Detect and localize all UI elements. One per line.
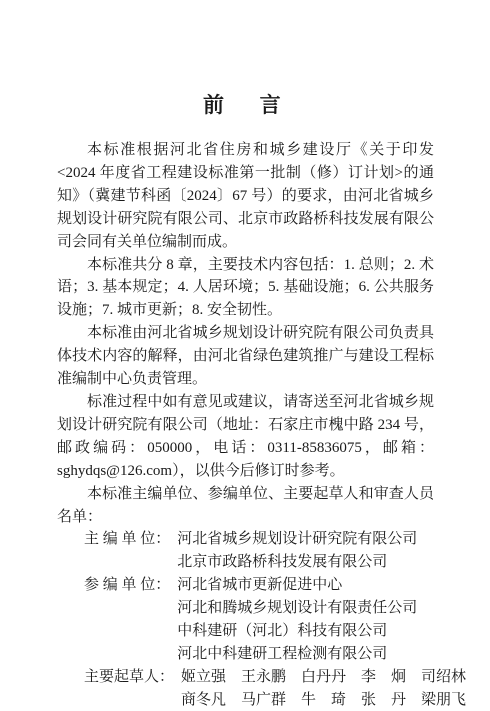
page-content: 前 言 本标准根据河北省住房和城乡建设厅《关于印发<2024 年度省工程建设标准…	[0, 0, 490, 711]
unit-name: 河北和腾城乡规划设计有限责任公司	[177, 597, 434, 620]
unit-name: 河北省城市更新促进中心	[177, 574, 434, 597]
paragraph-chapters: 本标准共分 8 章，主要技术内容包括：1. 总则；2. 术语；3. 基本规定；4…	[57, 254, 434, 323]
page-title: 前 言	[57, 92, 434, 118]
paragraph-feedback-address: 标准过程中如有意见或建议，请寄送至河北省城乡规划设计研究院有限公司（地址：石家庄…	[57, 391, 434, 483]
paragraph-credits-intro: 本标准主编单位、参编单位、主要起草人和审查人员名单：	[57, 483, 434, 529]
participating-units-list: 河北省城市更新促进中心 河北和腾城乡规划设计有限责任公司 中科建研（河北）科技有…	[170, 574, 434, 666]
credits-section: 主 编 单 位： 河北省城乡规划设计研究院有限公司 北京市政路桥科技发展有限公司…	[57, 528, 434, 711]
participating-units-row: 参 编 单 位： 河北省城市更新促进中心 河北和腾城乡规划设计有限责任公司 中科…	[84, 574, 434, 666]
document-page: 前 言 本标准根据河北省住房和城乡建设厅《关于印发<2024 年度省工程建设标准…	[0, 0, 490, 711]
chief-editing-units-label: 主 编 单 位：	[84, 528, 170, 551]
paragraph-basis: 本标准根据河北省住房和城乡建设厅《关于印发<2024 年度省工程建设标准第一批制…	[57, 139, 434, 254]
participating-units-label: 参 编 单 位：	[84, 574, 170, 597]
chief-drafters-list: 姬立强 王永鹏 白丹丹 李 炯 司绍林 商冬凡 马广群 牛 琦 张 丹 梁朋飞	[174, 666, 466, 711]
drafter-names: 商冬凡 马广群 牛 琦 张 丹 梁朋飞	[181, 689, 466, 711]
unit-name: 中科建研（河北）科技有限公司	[177, 620, 434, 643]
unit-name: 河北省城乡规划设计研究院有限公司	[177, 528, 434, 551]
paragraph-interpretation: 本标准由河北省城乡规划设计研究院有限公司负责具体技术内容的解释，由河北省绿色建筑…	[57, 322, 434, 391]
unit-name: 北京市政路桥科技发展有限公司	[177, 551, 434, 574]
chief-drafters-label: 主要起草人：	[84, 666, 174, 689]
chief-editing-units-list: 河北省城乡规划设计研究院有限公司 北京市政路桥科技发展有限公司	[170, 528, 434, 574]
foreword-body: 本标准根据河北省住房和城乡建设厅《关于印发<2024 年度省工程建设标准第一批制…	[57, 139, 434, 528]
chief-drafters-row: 主要起草人： 姬立强 王永鹏 白丹丹 李 炯 司绍林 商冬凡 马广群 牛 琦 张…	[84, 666, 434, 711]
drafter-names: 姬立强 王永鹏 白丹丹 李 炯 司绍林	[181, 666, 466, 689]
chief-editing-units-row: 主 编 单 位： 河北省城乡规划设计研究院有限公司 北京市政路桥科技发展有限公司	[84, 528, 434, 574]
unit-name: 河北中科建研工程检测有限公司	[177, 643, 434, 666]
